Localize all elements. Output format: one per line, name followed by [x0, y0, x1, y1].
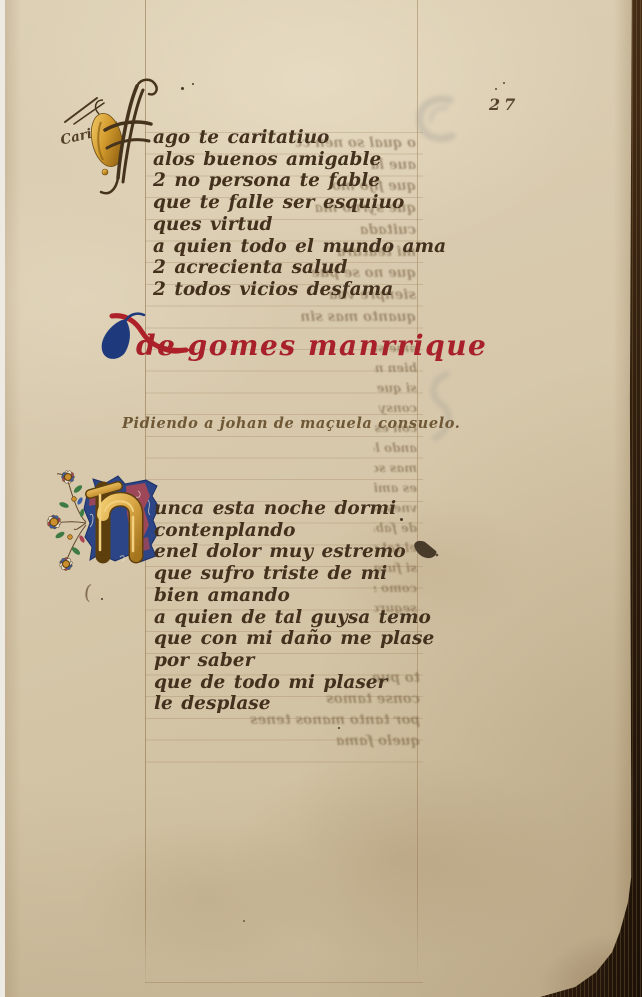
illuminated-initial-f [85, 78, 163, 200]
parchment-page: o qual so nen conaue laque fijo moque sy… [5, 0, 642, 997]
text-line: que de todo mi plaser [154, 672, 434, 694]
text-line: que con mi daño me plase [154, 628, 434, 650]
text-line: le desplase [154, 693, 434, 715]
ink-speck [495, 88, 497, 90]
text-line: que sufro triste de mi [154, 563, 434, 585]
folio-number: 27 [489, 96, 519, 114]
text-line: unca esta noche dormi [154, 498, 434, 520]
ink-speck [243, 920, 245, 922]
text-line: si que se ello [374, 378, 417, 398]
text-line: quanto mas sin xpis [296, 307, 416, 329]
text-line: alos buenos amigable [153, 149, 446, 171]
text-line: a quien de tal guysa temo [154, 607, 434, 629]
text-line: 2 acrecienta salud [153, 257, 446, 279]
rubric-line: Pidiendo a johan de maçuela consuelo. [122, 414, 460, 434]
margin-paren-mark: ( [83, 581, 93, 604]
manuscript-photo: o qual so nen conaue laque fijo moque sy… [0, 0, 642, 997]
illuminated-initial-n [30, 465, 165, 585]
stanza-2: unca esta noche dormicontenplandoenel do… [154, 498, 434, 715]
text-line: ando lo por que muero [374, 438, 417, 458]
text-line: 2 todos vicios desfama [153, 279, 446, 301]
text-line: ago te caritatiuo [153, 127, 446, 149]
ink-speck [101, 598, 103, 600]
ink-speck [192, 83, 194, 85]
bottom-ruling [145, 982, 423, 983]
text-line: bien amando [154, 585, 434, 607]
text-line: a quien todo el mundo ama [153, 236, 446, 258]
text-line: ques virtud [153, 214, 446, 236]
text-line: contenplando [154, 520, 434, 542]
text-line: que te falle ser esquiuo [153, 192, 446, 214]
ink-speck [338, 727, 340, 729]
text-line: quelo fama [158, 731, 420, 752]
text-line: es ami [374, 478, 417, 498]
text-line: por saber [154, 650, 434, 672]
text-line: 2 no persona te fable [153, 170, 446, 192]
stanza-1: ago te caritatiuoalos buenos amigable2 n… [153, 127, 446, 301]
text-line: mas sos [374, 458, 417, 478]
ink-speck [181, 87, 184, 90]
text-line: enel dolor muy estremo [154, 541, 434, 563]
offset-smudge-middle [417, 368, 462, 448]
ink-speck [503, 82, 505, 84]
rubricated-heading: de gomes manrrique [136, 329, 487, 363]
